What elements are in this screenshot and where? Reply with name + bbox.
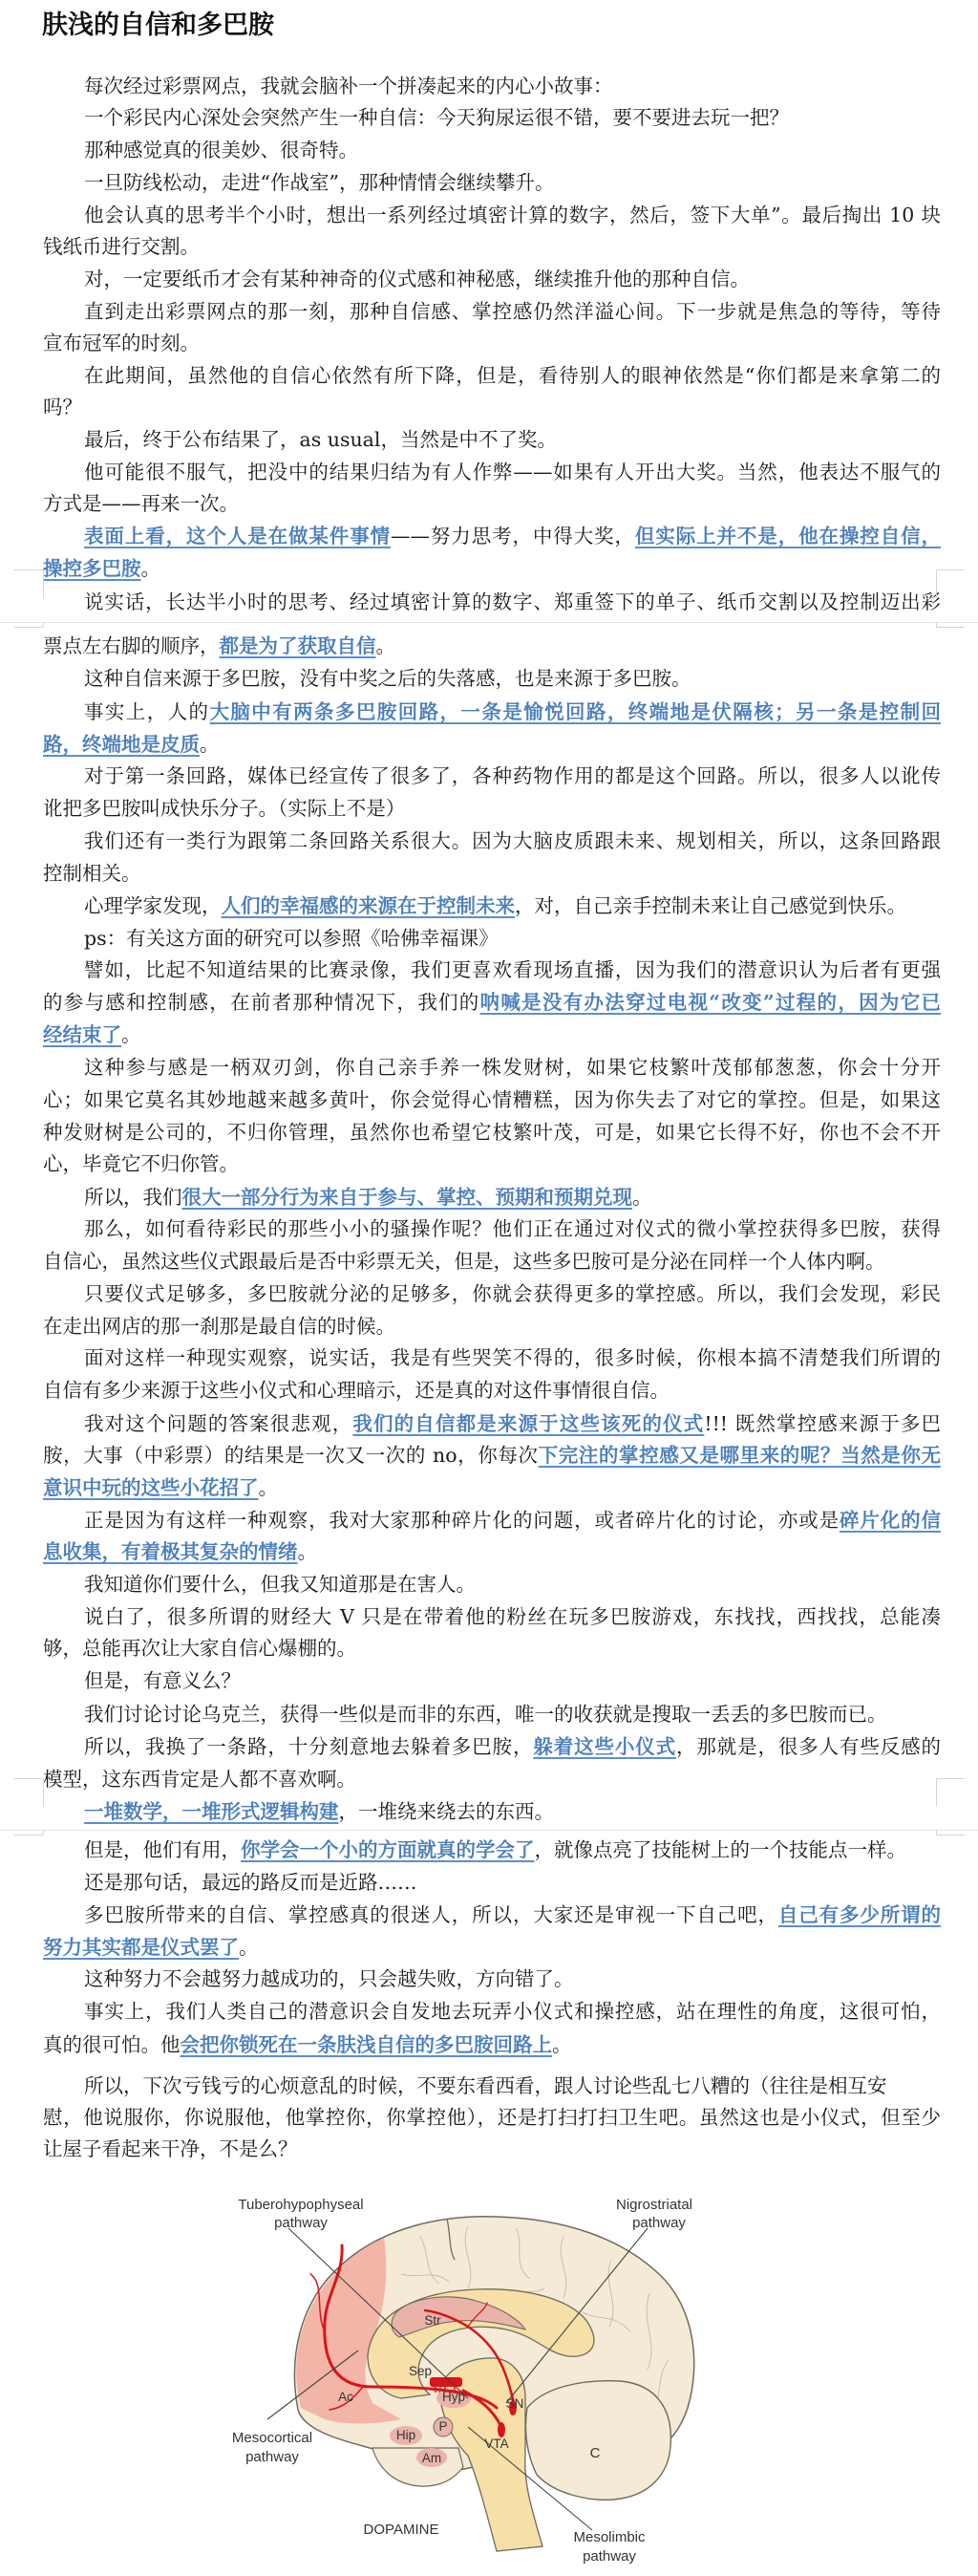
highlighted-text: 碎片化的信 xyxy=(840,1509,941,1532)
crop-mark xyxy=(936,1830,937,1835)
crop-mark xyxy=(936,1778,937,1807)
highlighted-text: 表面上看，这个人是在做某件事情 xyxy=(84,525,391,547)
text-line: 路，终端地是皮质。 xyxy=(43,730,941,759)
highlighted-text: 自己有多少所谓的 xyxy=(778,1903,941,1926)
body-text: 所以，下次亏钱亏的心烦意乱的时候，不要东看西看，跟人讨论些乱七八糟的（往往是相互… xyxy=(84,2074,887,2097)
highlighted-text: 躲着这些小仪式 xyxy=(533,1735,676,1758)
highlighted-text: 我们的自信都是来源于这些该死的仪式 xyxy=(352,1412,704,1435)
crop-mark xyxy=(14,1835,43,1835)
page-break-line xyxy=(0,622,978,623)
crop-mark xyxy=(43,1830,44,1835)
text-line: 对于第一条回路，媒体已经宣传了很多了，各种药物作用的都是这个回路。所以，很多人以… xyxy=(84,762,941,790)
text-line: 我对这个问题的答案很悲观，我们的自信都是来源于这些该死的仪式!!! 既然掌控感来… xyxy=(84,1409,941,1438)
body-text: 一旦防线松动，走进“作战室”，那种情情会继续攀升。 xyxy=(84,171,554,194)
body-text: 多巴胺所带来的自信、掌控感真的很迷人，所以，大家还是审视一下自己吧， xyxy=(84,1903,778,1926)
crop-mark xyxy=(43,622,44,627)
body-text: 在走出网店的那一刹那是最自信的时候。 xyxy=(43,1315,395,1338)
body-text: 但是，有意义么？ xyxy=(84,1669,241,1692)
crop-mark xyxy=(14,1778,43,1779)
body-text: 每次经过彩票网点，我就会脑补一个拼凑起来的内心小故事： xyxy=(84,75,613,97)
body-text: 还是那句话，最远的路反而是近路…… xyxy=(84,1871,417,1894)
highlighted-text: 人们的幸福感的来源在于控制未来 xyxy=(222,894,516,917)
svg-text:Str: Str xyxy=(424,2313,441,2328)
body-text: 面对这样一种现实观察，说实话，我是有些哭笑不得的，很多时候，你根本搞不清楚我们所… xyxy=(84,1346,941,1369)
text-line: 多巴胺所带来的自信、掌控感真的很迷人，所以，大家还是审视一下自己吧，自己有多少所… xyxy=(84,1900,941,1929)
crop-mark xyxy=(43,1778,44,1807)
text-line: 所以，我换了一条路，十分刻意地去躲着多巴胺，躲着这些小仪式，那就是，很多人有些反… xyxy=(84,1732,941,1761)
label-mesocortical: Mesocortical xyxy=(232,2430,312,2446)
text-line: 我们讨论讨论乌克兰，获得一些似是而非的东西，唯一的收获就是搜取一丢丢的多巴胺而已… xyxy=(84,1700,941,1728)
text-line: 宣布冠军的时刻。 xyxy=(43,329,941,357)
text-line: 对，一定要纸币才会有某种神奇的仪式感和神秘感，继续推升他的那种自信。 xyxy=(84,265,941,293)
brain-diagram: Tuberohypophyseal pathway Nigrostriatal … xyxy=(181,2169,812,2570)
text-line: 事实上，人的大脑中有两条多巴胺回路，一条是愉悦回路，终端地是伏隔核；另一条是控制… xyxy=(84,698,941,726)
body-text: 一个彩民内心深处会突然产生一种自信：今天狗尿运很不错，要不要进去玩一把？ xyxy=(84,106,789,129)
highlighted-text: 很大一部分行为来自于参与、掌控、预期和预期兑现 xyxy=(182,1186,633,1209)
highlighted-text: 经结束了 xyxy=(43,1023,121,1046)
document-title: 肤浅的自信和多巴胺 xyxy=(42,4,274,41)
text-line: 的参与感和控制感，在前者那种情况下，我们的呐喊是没有办法穿过电视“改变”过程的，… xyxy=(43,988,941,1017)
text-line: 每次经过彩票网点，我就会脑补一个拼凑起来的内心小故事： xyxy=(84,72,941,100)
text-line: 那么，如何看待彩民的那些小小的骚操作呢？他们正在通过对仪式的微小掌控获得多巴胺，… xyxy=(84,1214,941,1243)
svg-text:pathway: pathway xyxy=(583,2548,636,2565)
body-text: 这种自信来源于多巴胺，没有中奖之后的失落感，也是来源于多巴胺。 xyxy=(84,667,691,690)
text-line: 吗？ xyxy=(43,393,941,421)
body-text: ，对，自己亲手控制未来让自己感觉到快乐。 xyxy=(515,894,906,917)
crop-mark xyxy=(936,569,937,598)
crop-mark xyxy=(936,627,965,628)
text-line: 他会认真的思考半个小时，想出一系列经过填密计算的数字，然后，签下大单”。最后掏出… xyxy=(84,201,941,229)
body-text: 事实上，我们人类自己的潜意识会自发地去玩弄小仪式和操控感，站在理性的角度，这很可… xyxy=(84,2000,941,2023)
body-text: 。 xyxy=(141,557,161,580)
body-text: 。 xyxy=(632,1186,652,1209)
body-text: 直到走出彩票网点的那一刻，那种自信感、掌控感仍然洋溢心间。下一步就是焦急的等待，… xyxy=(84,300,941,323)
text-line: 种发财树是公司的，不归你管理，虽然你也希望它枝繁叶茂，可是，如果它长得不好，你也… xyxy=(43,1118,941,1147)
body-text: 这种参与感是一柄双刃剑，你自己亲手养一株发财树，如果它枝繁叶茂郁郁葱葱，你会十分… xyxy=(84,1056,941,1079)
text-line: 努力其实都是仪式罢了。 xyxy=(43,1933,941,1962)
text-line: 控制相关。 xyxy=(43,859,941,888)
text-line: 他可能很不服气，把没中的结果归结为有人作弊——如果有人开出大奖。当然，他表达不服… xyxy=(84,458,941,486)
body-text: 自信有多少来源于这些小仪式和心理暗示，还是真的对这件事情很自信。 xyxy=(43,1379,670,1402)
body-text: 心；如果它莫名其妙地越来越多黄叶，你会觉得心情糟糕，因为你失去了对它的掌控。但是… xyxy=(43,1088,941,1111)
text-line: 所以，我们很大一部分行为来自于参与、掌控、预期和预期兑现。 xyxy=(84,1183,941,1212)
text-line: 只要仪式足够多，多巴胺就分泌的足够多，你就会获得更多的掌控感。所以，我们会发现，… xyxy=(84,1279,941,1308)
body-text: 我们讨论讨论乌克兰，获得一些似是而非的东西，唯一的收获就是搜取一丢丢的多巴胺而已… xyxy=(84,1703,887,1726)
text-line: 正是因为有这样一种观察，我对大家那种碎片化的问题，或者碎片化的讨论，亦或是碎片化… xyxy=(84,1506,941,1535)
body-text: 。 xyxy=(259,1476,279,1499)
body-text: ，一堆绕来绕去的东西。 xyxy=(339,1800,555,1823)
body-text: ，就像点亮了技能树上的一个技能点一样。 xyxy=(535,1838,907,1861)
highlighted-text: 努力其实都是仪式罢了 xyxy=(43,1936,239,1959)
highlighted-text: 大脑中有两条多巴胺回路，一条是愉悦回路，终端地是伏隔核；另一条是控制回 xyxy=(209,700,941,723)
highlighted-text: 路，终端地是皮质 xyxy=(43,733,200,756)
body-text: 。 xyxy=(239,1936,259,1959)
text-line: 方式是——再来一次。 xyxy=(43,489,941,518)
svg-text:pathway: pathway xyxy=(632,2215,686,2231)
body-text: 我们还有一类行为跟第二条回路关系很大。因为大脑皮质跟未来、规划相关，所以，这条回… xyxy=(84,829,941,852)
text-line: 心，毕竟它不归你管。 xyxy=(43,1149,941,1178)
text-line: 票点左右脚的顺序，都是为了获取自信。 xyxy=(43,632,941,660)
body-text: 讹把多巴胺叫成快乐分子。（实际上不是） xyxy=(43,797,405,820)
svg-text:C: C xyxy=(590,2445,601,2461)
text-line: 让屋子看起来干净，不是么？ xyxy=(43,2135,941,2163)
crop-mark xyxy=(936,569,965,570)
body-text: 所以，我换了一条路，十分刻意地去躲着多巴胺， xyxy=(84,1735,533,1758)
text-line: 在此期间，虽然他的自信心依然有所下降，但是，看待别人的眼神依然是“你们都是来拿第… xyxy=(84,361,941,390)
body-text: 。 xyxy=(552,2033,572,2056)
text-line: 譬如，比起不知道结果的比赛录像，我们更喜欢看现场直播，因为我们的潜意识认为后者有… xyxy=(84,955,941,984)
crop-mark xyxy=(43,569,44,598)
body-text: 对，一定要纸币才会有某种神奇的仪式感和神秘感，继续推升他的那种自信。 xyxy=(84,268,750,290)
body-text: 譬如，比起不知道结果的比赛录像，我们更喜欢看现场直播，因为我们的潜意识认为后者有… xyxy=(84,958,941,981)
text-line: 心；如果它莫名其妙地越来越多黄叶，你会觉得心情糟糕，因为你失去了对它的掌控。但是… xyxy=(43,1085,941,1114)
svg-text:pathway: pathway xyxy=(274,2215,328,2231)
crop-mark xyxy=(14,569,43,570)
text-line: 说实话，长达半小时的思考、经过填密计算的数字、郑重签下的单子、纸币交割以及控制迈… xyxy=(84,588,941,616)
body-text: 。 xyxy=(298,1540,318,1563)
label-mesolimbic: Mesolimbic xyxy=(573,2529,646,2545)
svg-text:Am: Am xyxy=(422,2451,441,2465)
body-text: 说白了，很多所谓的财经大 V 只是在带着他的粉丝在玩多巴胺游戏，东找找，西找找，… xyxy=(84,1605,941,1628)
text-line: 说白了，很多所谓的财经大 V 只是在带着他的粉丝在玩多巴胺游戏，东找找，西找找，… xyxy=(84,1602,941,1631)
text-line: 事实上，我们人类自己的潜意识会自发地去玩弄小仪式和操控感，站在理性的角度，这很可… xyxy=(84,1997,941,2026)
text-line: 但是，有意义么？ xyxy=(84,1666,941,1695)
body-text: ps：有关这方面的研究可以参照《哈佛幸福课》 xyxy=(84,927,499,950)
crop-mark xyxy=(14,627,43,628)
body-text: 种发财树是公司的，不归你管理，虽然你也希望它枝繁叶茂，可是，如果它长得不好，你也… xyxy=(43,1121,941,1144)
body-text: 那么，如何看待彩民的那些小小的骚操作呢？他们正在通过对仪式的微小掌控获得多巴胺，… xyxy=(84,1217,941,1240)
crop-mark xyxy=(936,622,937,627)
body-text: 我知道你们要什么，但我又知道那是在害人。 xyxy=(84,1573,476,1596)
highlighted-text: 下完注的掌控感又是哪里来的呢？当然是你无 xyxy=(539,1444,941,1467)
cerebellum xyxy=(525,2381,670,2501)
body-text: 。 xyxy=(200,733,220,756)
body-text: 票点左右脚的顺序， xyxy=(43,634,220,657)
highlighted-text: 会把你锁死在一条肤浅自信的多巴胺回路上 xyxy=(181,2033,553,2056)
text-line: 一个彩民内心深处会突然产生一种自信：今天狗尿运很不错，要不要进去玩一把？ xyxy=(84,103,941,132)
crop-mark xyxy=(936,1778,965,1779)
text-line: 意识中玩的这些小花招了。 xyxy=(43,1473,941,1502)
body-text: 那种感觉真的很美妙、很奇特。 xyxy=(84,139,358,161)
svg-text:Ac: Ac xyxy=(338,2390,353,2404)
svg-text:Hip: Hip xyxy=(396,2428,415,2442)
svg-text:Sep: Sep xyxy=(409,2364,432,2378)
page-break-line xyxy=(0,1830,978,1831)
body-text: 模型，这东西肯定是人都不喜欢啊。 xyxy=(43,1768,356,1791)
label-tuberohypophyseal: Tuberohypophyseal xyxy=(238,2197,363,2213)
dopamine-pathways-figure: Tuberohypophyseal pathway Nigrostriatal … xyxy=(181,2169,812,2570)
body-text: 自信心，虽然这些仪式跟最后是否中彩票无关，但是，这些多巴胺可是分泌在同样一个人体… xyxy=(43,1250,885,1273)
text-line: 经结束了。 xyxy=(43,1020,941,1049)
text-line: 慰，他说服你，你说服他，他掌控你，你掌控他），还是打扫打扫卫生吧。虽然这也是小仪… xyxy=(43,2103,941,2132)
body-text: !!! 既然掌控感来源于多巴 xyxy=(704,1412,941,1435)
text-line: 操控多巴胺。 xyxy=(43,554,941,583)
text-line: 这种努力不会越努力越成功的，只会越失败，方向错了。 xyxy=(84,1964,941,1993)
body-text: 。 xyxy=(121,1023,141,1046)
text-line: 但是，他们有用，你学会一个小的方面就真的学会了，就像点亮了技能树上的一个技能点一… xyxy=(84,1835,941,1864)
text-line: 一堆数学，一堆形式逻辑构建，一堆绕来绕去的东西。 xyxy=(84,1797,941,1826)
text-line: 胺，大事（中彩票）的结果是一次又一次的 no，你每次下完注的掌控感又是哪里来的呢… xyxy=(43,1441,941,1470)
label-nigrostriatal: Nigrostriatal xyxy=(616,2197,692,2213)
text-line: 够，总能再次让大家自信心爆棚的。 xyxy=(43,1634,941,1663)
body-text: 吗？ xyxy=(43,396,82,419)
body-text: 。 xyxy=(376,634,396,657)
svg-text:pathway: pathway xyxy=(245,2449,299,2465)
body-text: 心理学家发现， xyxy=(84,894,222,917)
svg-text:SN: SN xyxy=(506,2396,524,2411)
text-line: 在走出网店的那一刹那是最自信的时候。 xyxy=(43,1312,941,1341)
highlighted-text: 息收集，有着极其复杂的情绪 xyxy=(43,1540,298,1563)
text-line: 面对这样一种现实观察，说实话，我是有些哭笑不得的，很多时候，你根本搞不清楚我们所… xyxy=(84,1343,941,1372)
text-line: 最后，终于公布结果了，as usual，当然是中不了奖。 xyxy=(84,425,941,454)
highlighted-text: 一堆数学，一堆形式逻辑构建 xyxy=(84,1800,339,1823)
text-line: 这种参与感是一柄双刃剑，你自己亲手养一株发财树，如果它枝繁叶茂郁郁葱葱，你会十分… xyxy=(84,1053,941,1082)
body-text: 钱纸币进行交割。 xyxy=(43,235,200,258)
body-text: 控制相关。 xyxy=(43,862,141,885)
highlighted-text: 但实际上并不是，他在操控自信， xyxy=(635,525,941,547)
body-text: 让屋子看起来干净，不是么？ xyxy=(43,2137,298,2160)
body-text: 胺，大事（中彩票）的结果是一次又一次的 no，你每次 xyxy=(43,1444,539,1467)
text-line: 心理学家发现，人们的幸福感的来源在于控制未来，对，自己亲手控制未来让自己感觉到快… xyxy=(84,891,941,920)
highlighted-text: 你学会一个小的方面就真的学会了 xyxy=(241,1838,535,1861)
body-text: 他会认真的思考半个小时，想出一系列经过填密计算的数字，然后，签下大单”。最后掏出… xyxy=(84,204,941,226)
text-line: 还是那句话，最远的路反而是近路…… xyxy=(84,1868,941,1897)
figure-caption: DOPAMINE xyxy=(364,2522,439,2538)
body-text: 说实话，长达半小时的思考、经过填密计算的数字、郑重签下的单子、纸币交割以及控制迈… xyxy=(84,590,941,613)
svg-text:Hyp: Hyp xyxy=(442,2390,465,2404)
text-line: 所以，下次亏钱亏的心烦意乱的时候，不要东看西看，跟人讨论些乱七八糟的（往往是相互… xyxy=(84,2072,941,2100)
text-line: 自信有多少来源于这些小仪式和心理暗示，还是真的对这件事情很自信。 xyxy=(43,1376,941,1405)
text-line: 讹把多巴胺叫成快乐分子。（实际上不是） xyxy=(43,794,941,823)
body-text: 宣布冠军的时刻。 xyxy=(43,332,200,354)
highlighted-text: 都是为了获取自信 xyxy=(220,634,376,657)
crop-mark xyxy=(936,1835,965,1835)
body-text: 够，总能再次让大家自信心爆棚的。 xyxy=(43,1637,356,1660)
body-text: ——努力思考，中得大奖， xyxy=(391,525,635,547)
text-line: 这种自信来源于多巴胺，没有中奖之后的失落感，也是来源于多巴胺。 xyxy=(84,664,941,693)
body-text: 在此期间，虽然他的自信心依然有所下降，但是，看待别人的眼神依然是“你们都是来拿第… xyxy=(84,364,941,387)
svg-text:P: P xyxy=(438,2419,447,2434)
body-text: 慰，他说服你，你说服他，他掌控你，你掌控他），还是打扫打扫卫生吧。虽然这也是小仪… xyxy=(43,2106,941,2129)
body-text: 他可能很不服气，把没中的结果归结为有人作弊——如果有人开出大奖。当然，他表达不服… xyxy=(84,461,941,483)
body-text: 对于第一条回路，媒体已经宣传了很多了，各种药物作用的都是这个回路。所以，很多人以… xyxy=(84,764,941,787)
body-text: 只要仪式足够多，多巴胺就分泌的足够多，你就会获得更多的掌控感。所以，我们会发现，… xyxy=(84,1282,941,1305)
tuberoinfundibular-block xyxy=(430,2377,462,2387)
text-line: 一旦防线松动，走进“作战室”，那种情情会继续攀升。 xyxy=(84,168,941,197)
text-line: 息收集，有着极其复杂的情绪。 xyxy=(43,1537,941,1566)
text-line: 我们还有一类行为跟第二条回路关系很大。因为大脑皮质跟未来、规划相关，所以，这条回… xyxy=(84,826,941,855)
text-line: ps：有关这方面的研究可以参照《哈佛幸福课》 xyxy=(84,924,941,953)
body-text: 但是，他们有用， xyxy=(84,1838,241,1861)
body-text: 这种努力不会越努力越成功的，只会越失败，方向错了。 xyxy=(84,1967,574,1990)
text-line: 那种感觉真的很美妙、很奇特。 xyxy=(84,136,941,164)
body-text: 我对这个问题的答案很悲观， xyxy=(84,1412,352,1435)
vta-blob xyxy=(498,2422,505,2437)
text-line: 自信心，虽然这些仪式跟最后是否中彩票无关，但是，这些多巴胺可是分泌在同样一个人体… xyxy=(43,1247,941,1276)
highlighted-text: 操控多巴胺 xyxy=(43,557,141,580)
body-text: ，那就是，很多人有些反感的 xyxy=(676,1735,941,1758)
body-text: 心，毕竟它不归你管。 xyxy=(43,1152,239,1175)
body-text: 方式是——再来一次。 xyxy=(43,492,239,515)
body-text: 的参与感和控制感，在前者那种情况下，我们的 xyxy=(43,991,480,1014)
text-line: 模型，这东西肯定是人都不喜欢啊。 xyxy=(43,1765,941,1793)
text-line: 直到走出彩票网点的那一刻，那种自信感、掌控感仍然洋溢心间。下一步就是焦急的等待，… xyxy=(84,297,941,326)
highlighted-text: 呐喊是没有办法穿过电视“改变”过程的，因为它已 xyxy=(480,991,941,1014)
text-line: 我知道你们要什么，但我又知道那是在害人。 xyxy=(84,1570,941,1599)
body-text: 正是因为有这样一种观察，我对大家那种碎片化的问题，或者碎片化的讨论，亦或是 xyxy=(84,1509,840,1532)
text-line: 钱纸币进行交割。 xyxy=(43,232,941,261)
svg-text:VTA: VTA xyxy=(484,2436,508,2451)
body-text: 最后，终于公布结果了，as usual，当然是中不了奖。 xyxy=(84,428,557,451)
body-text: 所以，我们 xyxy=(84,1186,182,1209)
highlighted-text: 意识中玩的这些小花招了 xyxy=(43,1476,259,1499)
body-text: 事实上，人的 xyxy=(84,700,209,723)
body-text: 真的很可怕。他 xyxy=(43,2033,181,2056)
text-line: 表面上看，这个人是在做某件事情——努力思考，中得大奖，但实际上并不是，他在操控自… xyxy=(84,522,941,550)
text-line: 真的很可怕。他会把你锁死在一条肤浅自信的多巴胺回路上。 xyxy=(43,2030,941,2059)
